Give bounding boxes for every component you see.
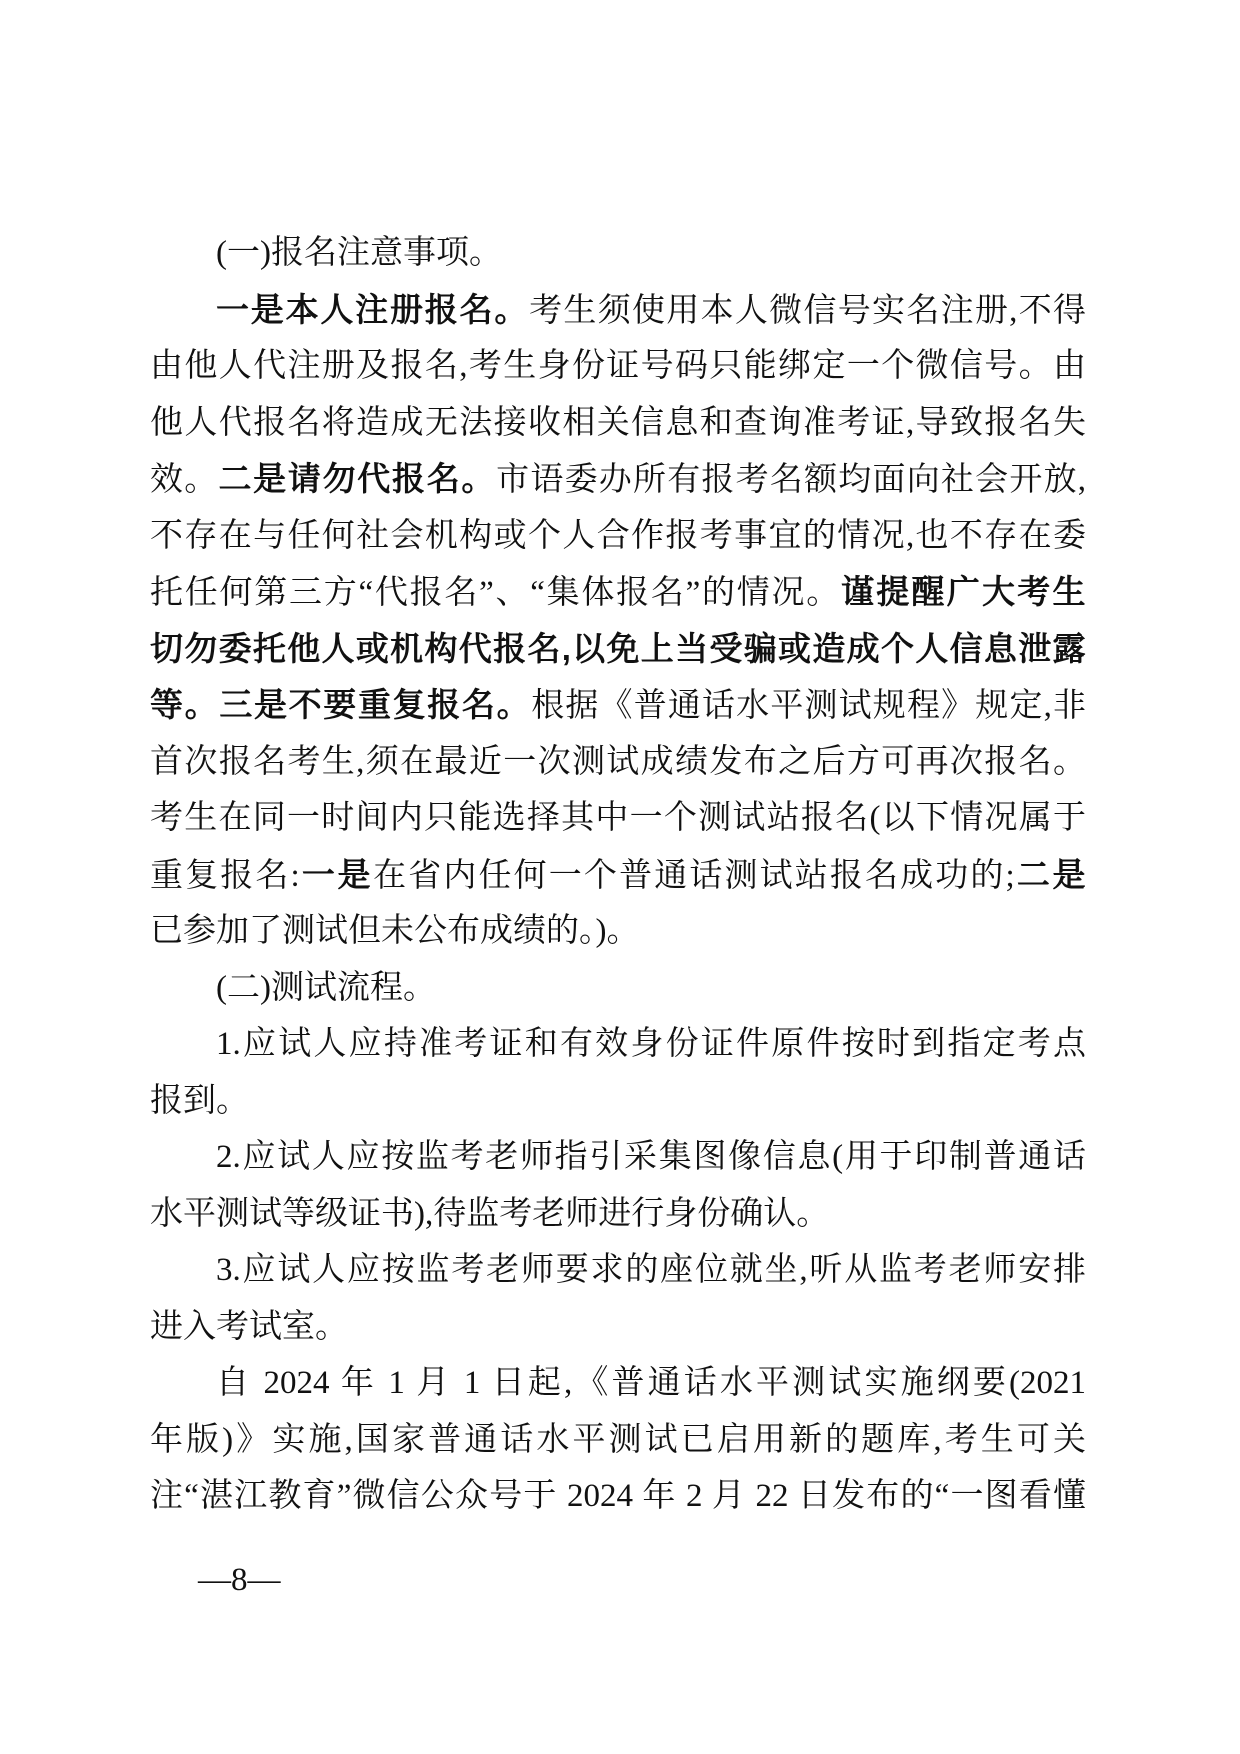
heading-text: (一)报名注意事项。 [216,235,502,271]
text-segment: 已参加了测试但未公布成绩的。)。 [150,913,640,949]
bold-emphasis: 谨提醒广大考生 [841,573,1086,610]
text-line: 报到。 [150,1073,1086,1130]
heading-text: (二)测试流程。 [216,970,436,1006]
text-segment: 考生须使用本人微信号实名注册,不得 [529,293,1086,329]
text-segment: 报到。 [150,1083,249,1119]
text-segment: 自 2024 年 1 月 1 日起,《普通话水平测试实施纲要(2021 [216,1365,1086,1401]
bold-emphasis: 二是请勿代报名。 [218,460,496,497]
text-line: 2.应试人应按监考老师指引采集图像信息(用于印制普通话 [150,1129,1086,1186]
text-segment: 年版)》实施,国家普通话水平测试已启用新的题库,考生可关 [150,1422,1086,1458]
document-page: (一)报名注意事项。 一是本人注册报名。考生须使用本人微信号实名注册,不得 由他… [0,0,1240,1754]
text-segment: 他人代报名将造成无法接收相关信息和查询准考证,导致报名失 [150,405,1086,441]
section-heading-2: (二)测试流程。 [150,960,1086,1017]
text-line: 切勿委托他人或机构代报名,以免上当受骗或造成个人信息泄露 [150,621,1086,678]
text-line: 由他人代注册及报名,考生身份证号码只能绑定一个微信号。由 [150,338,1086,395]
text-line: 一是本人注册报名。考生须使用本人微信号实名注册,不得 [150,282,1086,339]
text-segment: 2.应试人应按监考老师指引采集图像信息(用于印制普通话 [216,1139,1086,1175]
text-line: 等。三是不要重复报名。根据《普通话水平测试规程》规定,非 [150,677,1086,734]
page-number: —8— [198,1560,281,1600]
text-line: 3.应试人应按监考老师要求的座位就坐,听从监考老师安排 [150,1242,1086,1299]
text-line: 自 2024 年 1 月 1 日起,《普通话水平测试实施纲要(2021 [150,1355,1086,1412]
text-segment: 进入考试室。 [150,1309,348,1345]
document-body: (一)报名注意事项。 一是本人注册报名。考生须使用本人微信号实名注册,不得 由他… [150,225,1086,1525]
text-line: 他人代报名将造成无法接收相关信息和查询准考证,导致报名失 [150,395,1086,452]
text-line: 托任何第三方“代报名”、“集体报名”的情况。谨提醒广大考生 [150,564,1086,621]
bold-emphasis: 一是 [300,856,373,893]
text-segment: 水平测试等级证书),待监考老师进行身份确认。 [150,1196,829,1232]
text-segment: 在省内任何一个普通话测试站报名成功的; [373,858,1015,894]
text-line: 年版)》实施,国家普通话水平测试已启用新的题库,考生可关 [150,1412,1086,1469]
bold-emphasis: 切勿委托他人或机构代报名,以免上当受骗或造成个人信息泄露 [150,630,1086,667]
text-line: 水平测试等级证书),待监考老师进行身份确认。 [150,1186,1086,1243]
text-line: 注“湛江教育”微信公众号于 2024 年 2 月 22 日发布的“一图看懂 [150,1468,1086,1525]
text-line: 已参加了测试但未公布成绩的。)。 [150,903,1086,960]
bold-emphasis: 二是 [1015,856,1086,893]
bold-emphasis: 一是本人注册报名。 [216,291,529,328]
text-segment: 不存在与任何社会机构或个人合作报考事宜的情况,也不存在委 [150,518,1086,554]
text-segment: 效。 [150,462,218,498]
text-segment: 市语委办所有报考名额均面向社会开放, [496,462,1086,498]
text-segment: 重复报名: [150,858,300,894]
text-line: 不存在与任何社会机构或个人合作报考事宜的情况,也不存在委 [150,508,1086,565]
text-segment: 3.应试人应按监考老师要求的座位就坐,听从监考老师安排 [216,1252,1086,1288]
text-segment: 根据《普通话水平测试规程》规定,非 [531,688,1086,724]
text-line: 首次报名考生,须在最近一次测试成绩发布之后方可再次报名。 [150,734,1086,791]
text-line: 考生在同一时间内只能选择其中一个测试站报名(以下情况属于 [150,790,1086,847]
bold-emphasis: 等。三是不要重复报名。 [150,686,531,723]
section-heading-1: (一)报名注意事项。 [150,225,1086,282]
text-segment: 首次报名考生,须在最近一次测试成绩发布之后方可再次报名。 [150,744,1086,780]
text-line: 重复报名:一是在省内任何一个普通话测试站报名成功的;二是 [150,847,1086,904]
text-line: 1.应试人应持准考证和有效身份证件原件按时到指定考点 [150,1016,1086,1073]
text-segment: 考生在同一时间内只能选择其中一个测试站报名(以下情况属于 [150,800,1086,836]
text-line: 效。二是请勿代报名。市语委办所有报考名额均面向社会开放, [150,451,1086,508]
text-segment: 注“湛江教育”微信公众号于 2024 年 2 月 22 日发布的“一图看懂 [150,1478,1086,1514]
text-segment: 托任何第三方“代报名”、“集体报名”的情况。 [150,575,841,611]
text-segment: 由他人代注册及报名,考生身份证号码只能绑定一个微信号。由 [150,348,1086,384]
text-segment: 1.应试人应持准考证和有效身份证件原件按时到指定考点 [216,1026,1086,1062]
text-line: 进入考试室。 [150,1299,1086,1356]
